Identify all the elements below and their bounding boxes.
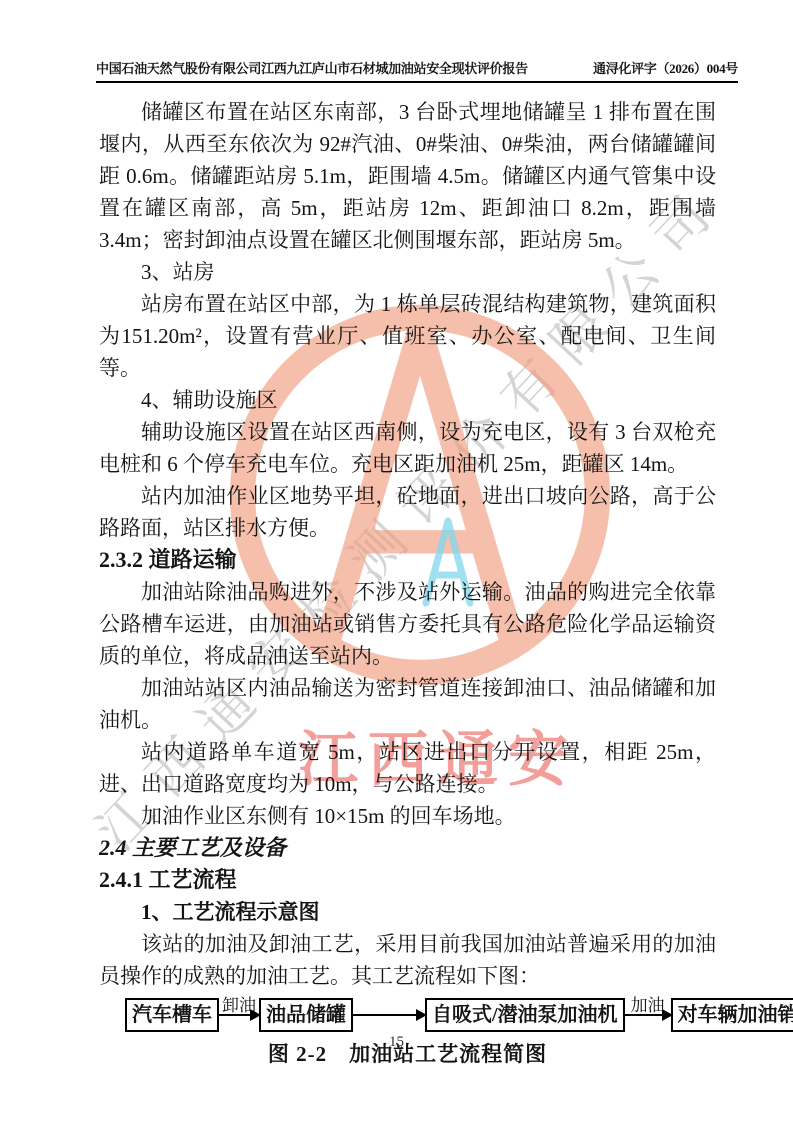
section-heading-2-4: 2.4 主要工艺及设备 xyxy=(99,832,716,864)
item-heading-auxiliary: 4、辅助设施区 xyxy=(99,384,716,416)
page-header: 中国石油天然气股份有限公司江西九江庐山市石材城加油站安全现状评价报告 通浔化评字… xyxy=(96,58,738,83)
header-document-number: 通浔化评字（2026）004号 xyxy=(593,58,738,77)
header-report-title: 中国石油天然气股份有限公司江西九江庐山市石材城加油站安全现状评价报告 xyxy=(96,58,528,77)
flow-arrow-unload: 卸油 xyxy=(219,1014,259,1016)
document-body: 储罐区布置在站区东南部，3 台卧式埋地储罐呈 1 排布置在围堰内，从西至东依次为… xyxy=(99,96,716,1070)
paragraph-station-house: 站房布置在站区中部，为 1 栋单层砖混结构建筑物，建筑面积为151.20m²，设… xyxy=(99,288,716,384)
flow-arrow-label-refuel: 加油 xyxy=(631,990,665,1022)
paragraph-auxiliary: 辅助设施区设置在站区西南侧，设为充电区，设有 3 台双枪充电桩和 6 个停车充电… xyxy=(99,416,716,480)
flow-box-vehicle-sales: 对车辆加油销售 xyxy=(671,998,793,1032)
paragraph-tank-area: 储罐区布置在站区东南部，3 台卧式埋地储罐呈 1 排布置在围堰内，从西至东依次为… xyxy=(99,96,716,256)
subsection-heading-flow-diagram: 1、工艺流程示意图 xyxy=(99,896,716,928)
flow-arrow-label-unload: 卸油 xyxy=(222,990,256,1022)
flow-arrow-refuel: 加油 xyxy=(625,1014,671,1016)
page-number: 15 xyxy=(0,1034,793,1051)
section-heading-2-4-1: 2.4.1 工艺流程 xyxy=(99,864,716,896)
section-heading-2-3-2: 2.3.2 道路运输 xyxy=(99,544,716,576)
paragraph-road-4: 加油作业区东侧有 10×15m 的回车场地。 xyxy=(99,800,716,832)
flow-arrow-plain xyxy=(353,1014,425,1016)
paragraph-road-1: 加油站除油品购进外，不涉及站外运输。油品的购进完全依靠公路槽车运进，由加油站或销… xyxy=(99,576,716,672)
process-flow-diagram: 汽车槽车 卸油 油品储罐 自吸式/潜油泵加油机 加油 对车辆加油销售 xyxy=(125,998,716,1032)
paragraph-road-3: 站内道路单车道宽 5m，站区进出口分开设置，相距 25m，进、出口道路宽度均为 … xyxy=(99,736,716,800)
paragraph-road-2: 加油站站区内油品输送为密封管道连接卸油口、油品储罐和加油机。 xyxy=(99,672,716,736)
flow-box-storage-tank: 油品储罐 xyxy=(259,998,353,1032)
document-page: 江西通安检测评价有限公司 江西通安 中国石油天然气股份有限公司江西九江庐山市石材… xyxy=(0,0,793,1122)
paragraph-terrain: 站内加油作业区地势平坦，砼地面，进出口坡向公路，高于公路路面，站区排水方便。 xyxy=(99,480,716,544)
flow-box-tanker-truck: 汽车槽车 xyxy=(125,998,219,1032)
item-heading-station-house: 3、站房 xyxy=(99,256,716,288)
paragraph-process-intro: 该站的加油及卸油工艺，采用目前我国加油站普遍采用的加油员操作的成熟的加油工艺。其… xyxy=(99,928,716,992)
flow-box-dispenser: 自吸式/潜油泵加油机 xyxy=(425,998,625,1032)
